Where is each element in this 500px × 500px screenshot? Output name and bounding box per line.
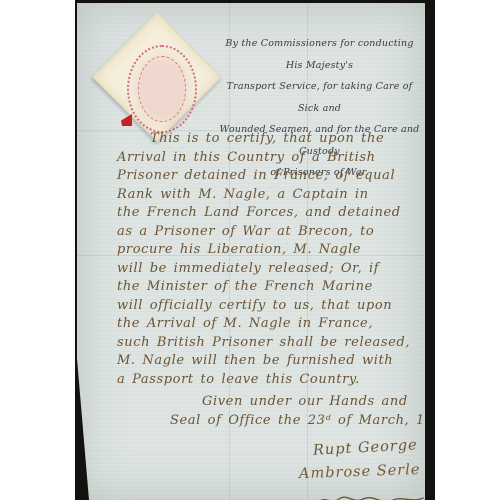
body-line: the Minister of the French Marine [117, 278, 425, 297]
letter-paper: By the Commissioners for conducting His … [77, 3, 425, 500]
body-line: will be immediately released; Or, if [117, 260, 425, 279]
body-line: the French Land Forces, and detained [117, 204, 425, 223]
body-line: such British Prisoner shall be released, [117, 334, 425, 353]
body-line: Rank with M. Nagle, a Captain in [117, 186, 425, 205]
closing-line: Seal of Office the 23ᵈ of March, 1810. [170, 411, 425, 430]
body-line: as a Prisoner of War at Brecon, to [117, 223, 425, 242]
closing-line: Given under our Hands and [170, 392, 425, 411]
body-line: procure his Liberation, M. Nagle [117, 241, 425, 260]
body-line: will officially certify to us, that upon [117, 297, 425, 316]
red-wafer [121, 114, 132, 126]
letterhead-line: By the Commissioners for conducting His … [217, 33, 422, 76]
body-line: Prisoner detained in France, of equal [117, 167, 425, 186]
body-line: Arrival in this Country of a British [117, 149, 425, 168]
signature-ambrose-serle: Ambrose Serle [299, 462, 421, 482]
embossed-wax-seal [127, 45, 197, 133]
signature-rupert-george: Rupt George [313, 437, 418, 458]
letterhead-line: Transport Service, for taking Care of Si… [217, 76, 422, 119]
handwritten-body: This is to certify, that upon the Arriva… [117, 130, 425, 389]
photograph-of-historical-letter: By the Commissioners for conducting His … [0, 0, 500, 500]
body-line: M. Nagle will then be furnished with [117, 352, 425, 371]
body-line: a Passport to leave this Country. [117, 371, 425, 390]
partial-signature-stroke [315, 493, 425, 500]
body-line: This is to certify, that upon the [117, 130, 425, 149]
closing-attestation: Given under our Hands and Seal of Office… [170, 392, 425, 430]
body-line: the Arrival of M. Nagle in France, [117, 315, 425, 334]
seal-inner-ring [138, 56, 186, 122]
